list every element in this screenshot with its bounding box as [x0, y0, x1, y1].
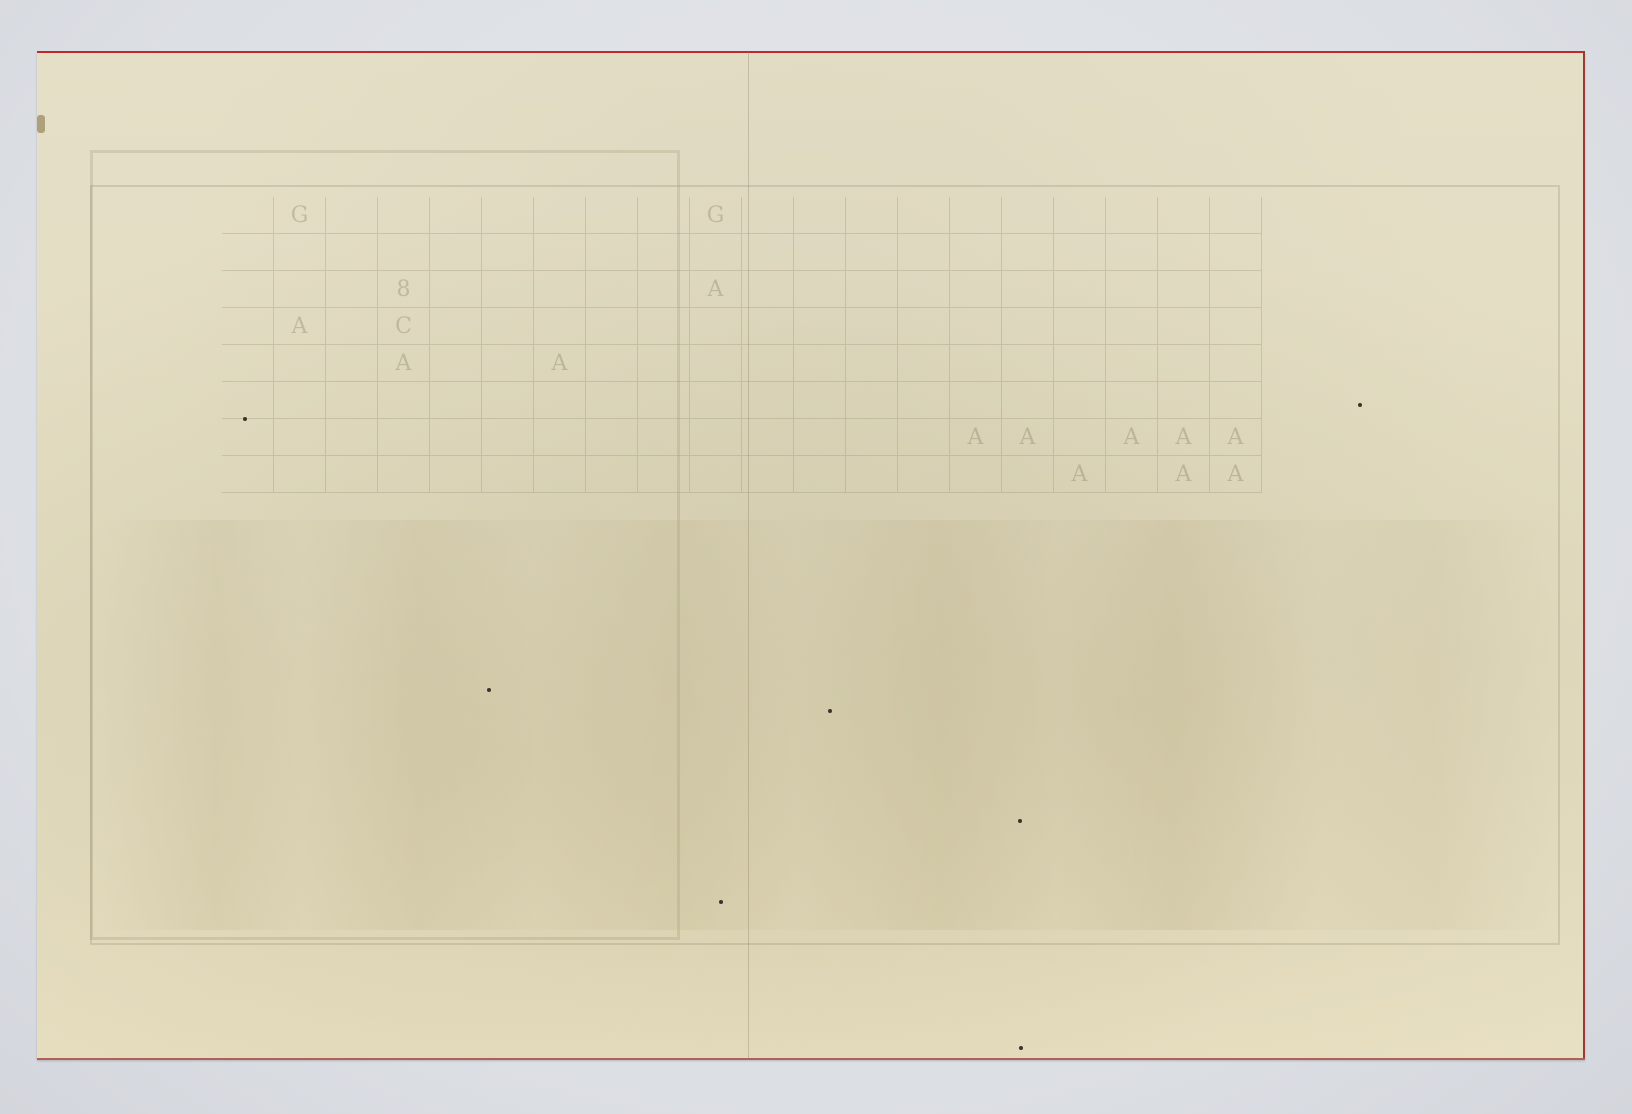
grid-cell — [1210, 234, 1262, 271]
grid-cell: G — [690, 197, 742, 234]
grid-cell — [1210, 382, 1262, 419]
grid-cell — [898, 271, 950, 308]
grid-cell — [846, 234, 898, 271]
grid-cell — [430, 456, 482, 493]
grid-cell — [430, 271, 482, 308]
grid-cell — [1054, 308, 1106, 345]
grid-cell — [690, 382, 742, 419]
grid-cell — [482, 234, 534, 271]
grid-cell — [1054, 345, 1106, 382]
grid-cell: G — [274, 197, 326, 234]
grid-cell — [1106, 308, 1158, 345]
grid-cell — [1106, 345, 1158, 382]
grid-cell — [690, 345, 742, 382]
grid-cell — [378, 382, 430, 419]
grid-cell — [222, 271, 274, 308]
grid-cell — [534, 456, 586, 493]
grid-cell — [1158, 345, 1210, 382]
grid-cell: A — [1158, 419, 1210, 456]
grid-cell — [1210, 308, 1262, 345]
ink-speck — [1358, 403, 1362, 407]
grid-cell — [1002, 456, 1054, 493]
grid-cell — [794, 419, 846, 456]
grid-cell — [742, 382, 794, 419]
grid-cell — [326, 382, 378, 419]
grid-cell — [1158, 234, 1210, 271]
grid-cell — [586, 197, 638, 234]
grid-cell — [222, 456, 274, 493]
grid-cell: A — [534, 345, 586, 382]
grid-cell — [534, 234, 586, 271]
grid-cell: A — [950, 419, 1002, 456]
grid-cell — [1002, 382, 1054, 419]
grid-cell — [1106, 456, 1158, 493]
grid-cell — [482, 456, 534, 493]
grid-cell — [690, 456, 742, 493]
grid-cell — [638, 197, 690, 234]
grid-cell — [898, 197, 950, 234]
grid-cell — [794, 345, 846, 382]
ink-speck — [243, 417, 247, 421]
grid-cell — [326, 419, 378, 456]
grid-cell — [1158, 271, 1210, 308]
grid-cell: A — [274, 308, 326, 345]
grid-cell — [1106, 382, 1158, 419]
grid-cell — [274, 345, 326, 382]
grid-cell — [1158, 382, 1210, 419]
grid-cell — [430, 308, 482, 345]
grid-cell — [326, 271, 378, 308]
grid-cell — [222, 197, 274, 234]
grid-cell — [638, 345, 690, 382]
grid-cell: A — [378, 345, 430, 382]
grid-cell — [794, 271, 846, 308]
grid-cell — [846, 345, 898, 382]
grid-cell — [1002, 197, 1054, 234]
grid-cell — [950, 197, 1002, 234]
grid-cell — [326, 456, 378, 493]
grid-cell — [950, 456, 1002, 493]
grid-cell — [378, 234, 430, 271]
red-edge-right — [1583, 52, 1585, 1060]
grid-cell — [638, 271, 690, 308]
grid-cell: 8 — [378, 271, 430, 308]
grid-cell — [586, 419, 638, 456]
ink-speck — [828, 709, 832, 713]
grid-cell — [430, 382, 482, 419]
grid-cell — [898, 382, 950, 419]
grid-cell — [1210, 345, 1262, 382]
grid-cell — [742, 234, 794, 271]
grid-cell: A — [1106, 419, 1158, 456]
grid-cell — [898, 345, 950, 382]
grid-cell — [222, 308, 274, 345]
grid-cell — [638, 308, 690, 345]
grid-cell — [794, 456, 846, 493]
grid-cell — [534, 197, 586, 234]
grid-cell — [482, 382, 534, 419]
grid-cell — [586, 345, 638, 382]
grid-cell — [638, 419, 690, 456]
grid-cell — [1054, 271, 1106, 308]
grid-cell: A — [1002, 419, 1054, 456]
grid-cell — [274, 382, 326, 419]
grid-cell — [950, 382, 1002, 419]
grid-cell — [638, 234, 690, 271]
grid-cell: A — [690, 271, 742, 308]
grid-cell — [1106, 234, 1158, 271]
grid-cell — [1158, 197, 1210, 234]
grid-cell — [794, 234, 846, 271]
grid-cell — [742, 308, 794, 345]
grid-cell — [482, 197, 534, 234]
grid-cell — [222, 382, 274, 419]
grid-cell — [222, 234, 274, 271]
grid-cell — [586, 271, 638, 308]
grid-cell — [1002, 271, 1054, 308]
show-through-figures — [100, 520, 1550, 930]
grid-cell — [846, 271, 898, 308]
grid-cell — [846, 419, 898, 456]
grid-cell — [1210, 271, 1262, 308]
grid-cell — [742, 456, 794, 493]
grid-cell — [534, 271, 586, 308]
ink-speck — [1018, 819, 1022, 823]
grid-cell — [482, 271, 534, 308]
grid-cell — [586, 382, 638, 419]
grid-cell — [586, 234, 638, 271]
grid-cell — [950, 345, 1002, 382]
grid-cell — [638, 456, 690, 493]
grid-cell — [430, 234, 482, 271]
grid-cell — [794, 197, 846, 234]
grid-cell — [950, 271, 1002, 308]
grid-cell — [274, 456, 326, 493]
grid-cell — [1210, 197, 1262, 234]
grid-cell — [1002, 308, 1054, 345]
grid-cell — [326, 345, 378, 382]
grid-cell — [846, 308, 898, 345]
red-edge-bottom — [37, 1058, 1585, 1060]
grid-cell — [742, 419, 794, 456]
grid-cell — [378, 197, 430, 234]
grid-cell — [534, 308, 586, 345]
grid-cell — [898, 456, 950, 493]
grid-cell: A — [1054, 456, 1106, 493]
grid-cell — [690, 419, 742, 456]
grid-cell — [326, 308, 378, 345]
grid-cell — [326, 234, 378, 271]
grid-cell — [1002, 234, 1054, 271]
grid-cell — [950, 234, 1002, 271]
grid-cell: A — [1210, 456, 1262, 493]
foxing-stain — [37, 115, 45, 133]
grid-cell — [482, 345, 534, 382]
grid-cell — [1054, 382, 1106, 419]
grid-cell — [794, 308, 846, 345]
ink-speck — [719, 900, 723, 904]
grid-cell — [1158, 308, 1210, 345]
grid-cell — [430, 197, 482, 234]
grid-cell — [846, 456, 898, 493]
grid-cell — [274, 419, 326, 456]
grid-cell — [326, 197, 378, 234]
grid-cell — [430, 345, 482, 382]
grid-cell — [950, 308, 1002, 345]
red-edge-top — [37, 51, 1585, 53]
grid-cell — [274, 234, 326, 271]
grid-cell — [898, 419, 950, 456]
grid-cell — [742, 345, 794, 382]
grid-cell — [794, 382, 846, 419]
grid-cell — [378, 456, 430, 493]
grid-cell — [1106, 271, 1158, 308]
grid-cell — [846, 197, 898, 234]
grid-cell — [742, 271, 794, 308]
grid-cell — [898, 234, 950, 271]
grid-cell — [534, 382, 586, 419]
grid-cell — [222, 419, 274, 456]
grid-cell: A — [1158, 456, 1210, 493]
grid-cell — [274, 271, 326, 308]
grid-cell — [586, 456, 638, 493]
grid-cell: A — [1210, 419, 1262, 456]
grid-cell — [586, 308, 638, 345]
grid-cell — [1106, 197, 1158, 234]
grid-cell — [1054, 419, 1106, 456]
grid-cell — [846, 382, 898, 419]
grid-cell — [1054, 197, 1106, 234]
grid-cell — [534, 419, 586, 456]
grid-cell — [638, 382, 690, 419]
grid-cell: C — [378, 308, 430, 345]
show-through-grid: GG8AACAAAAAAAAAA — [222, 197, 1262, 493]
grid-cell — [482, 308, 534, 345]
grid-cell — [1054, 234, 1106, 271]
grid-cell — [690, 234, 742, 271]
grid-cell — [430, 419, 482, 456]
ink-speck — [1019, 1046, 1023, 1050]
grid-cell — [742, 197, 794, 234]
grid-cell — [482, 419, 534, 456]
grid-cell — [690, 308, 742, 345]
grid-cell — [222, 345, 274, 382]
grid-cell — [378, 419, 430, 456]
grid-cell — [1002, 345, 1054, 382]
grid-cell — [898, 308, 950, 345]
ink-speck — [487, 688, 491, 692]
